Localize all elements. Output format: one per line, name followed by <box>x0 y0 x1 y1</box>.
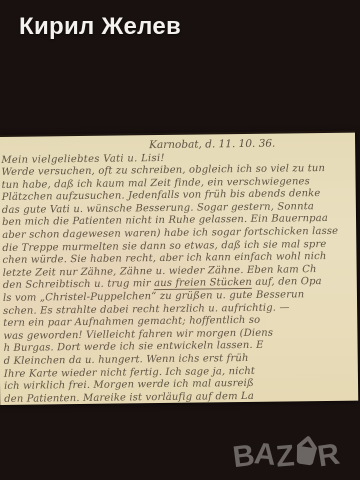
seller-name: Кирил Желев <box>19 13 181 41</box>
logo-letter: R <box>316 440 342 473</box>
bazar-logo: BAZ R <box>233 436 340 472</box>
logo-letter: A <box>253 439 277 471</box>
handwritten-letter-photo: Karnobat, d. 11. 10. 36. Mein vielgelieb… <box>0 133 358 405</box>
letter-body: Werde versuchen, oft zu schreiben, obgle… <box>1 163 358 405</box>
listing-photo: Кирил Желев Karnobat, d. 11. 10. 36. Mei… <box>0 0 360 480</box>
